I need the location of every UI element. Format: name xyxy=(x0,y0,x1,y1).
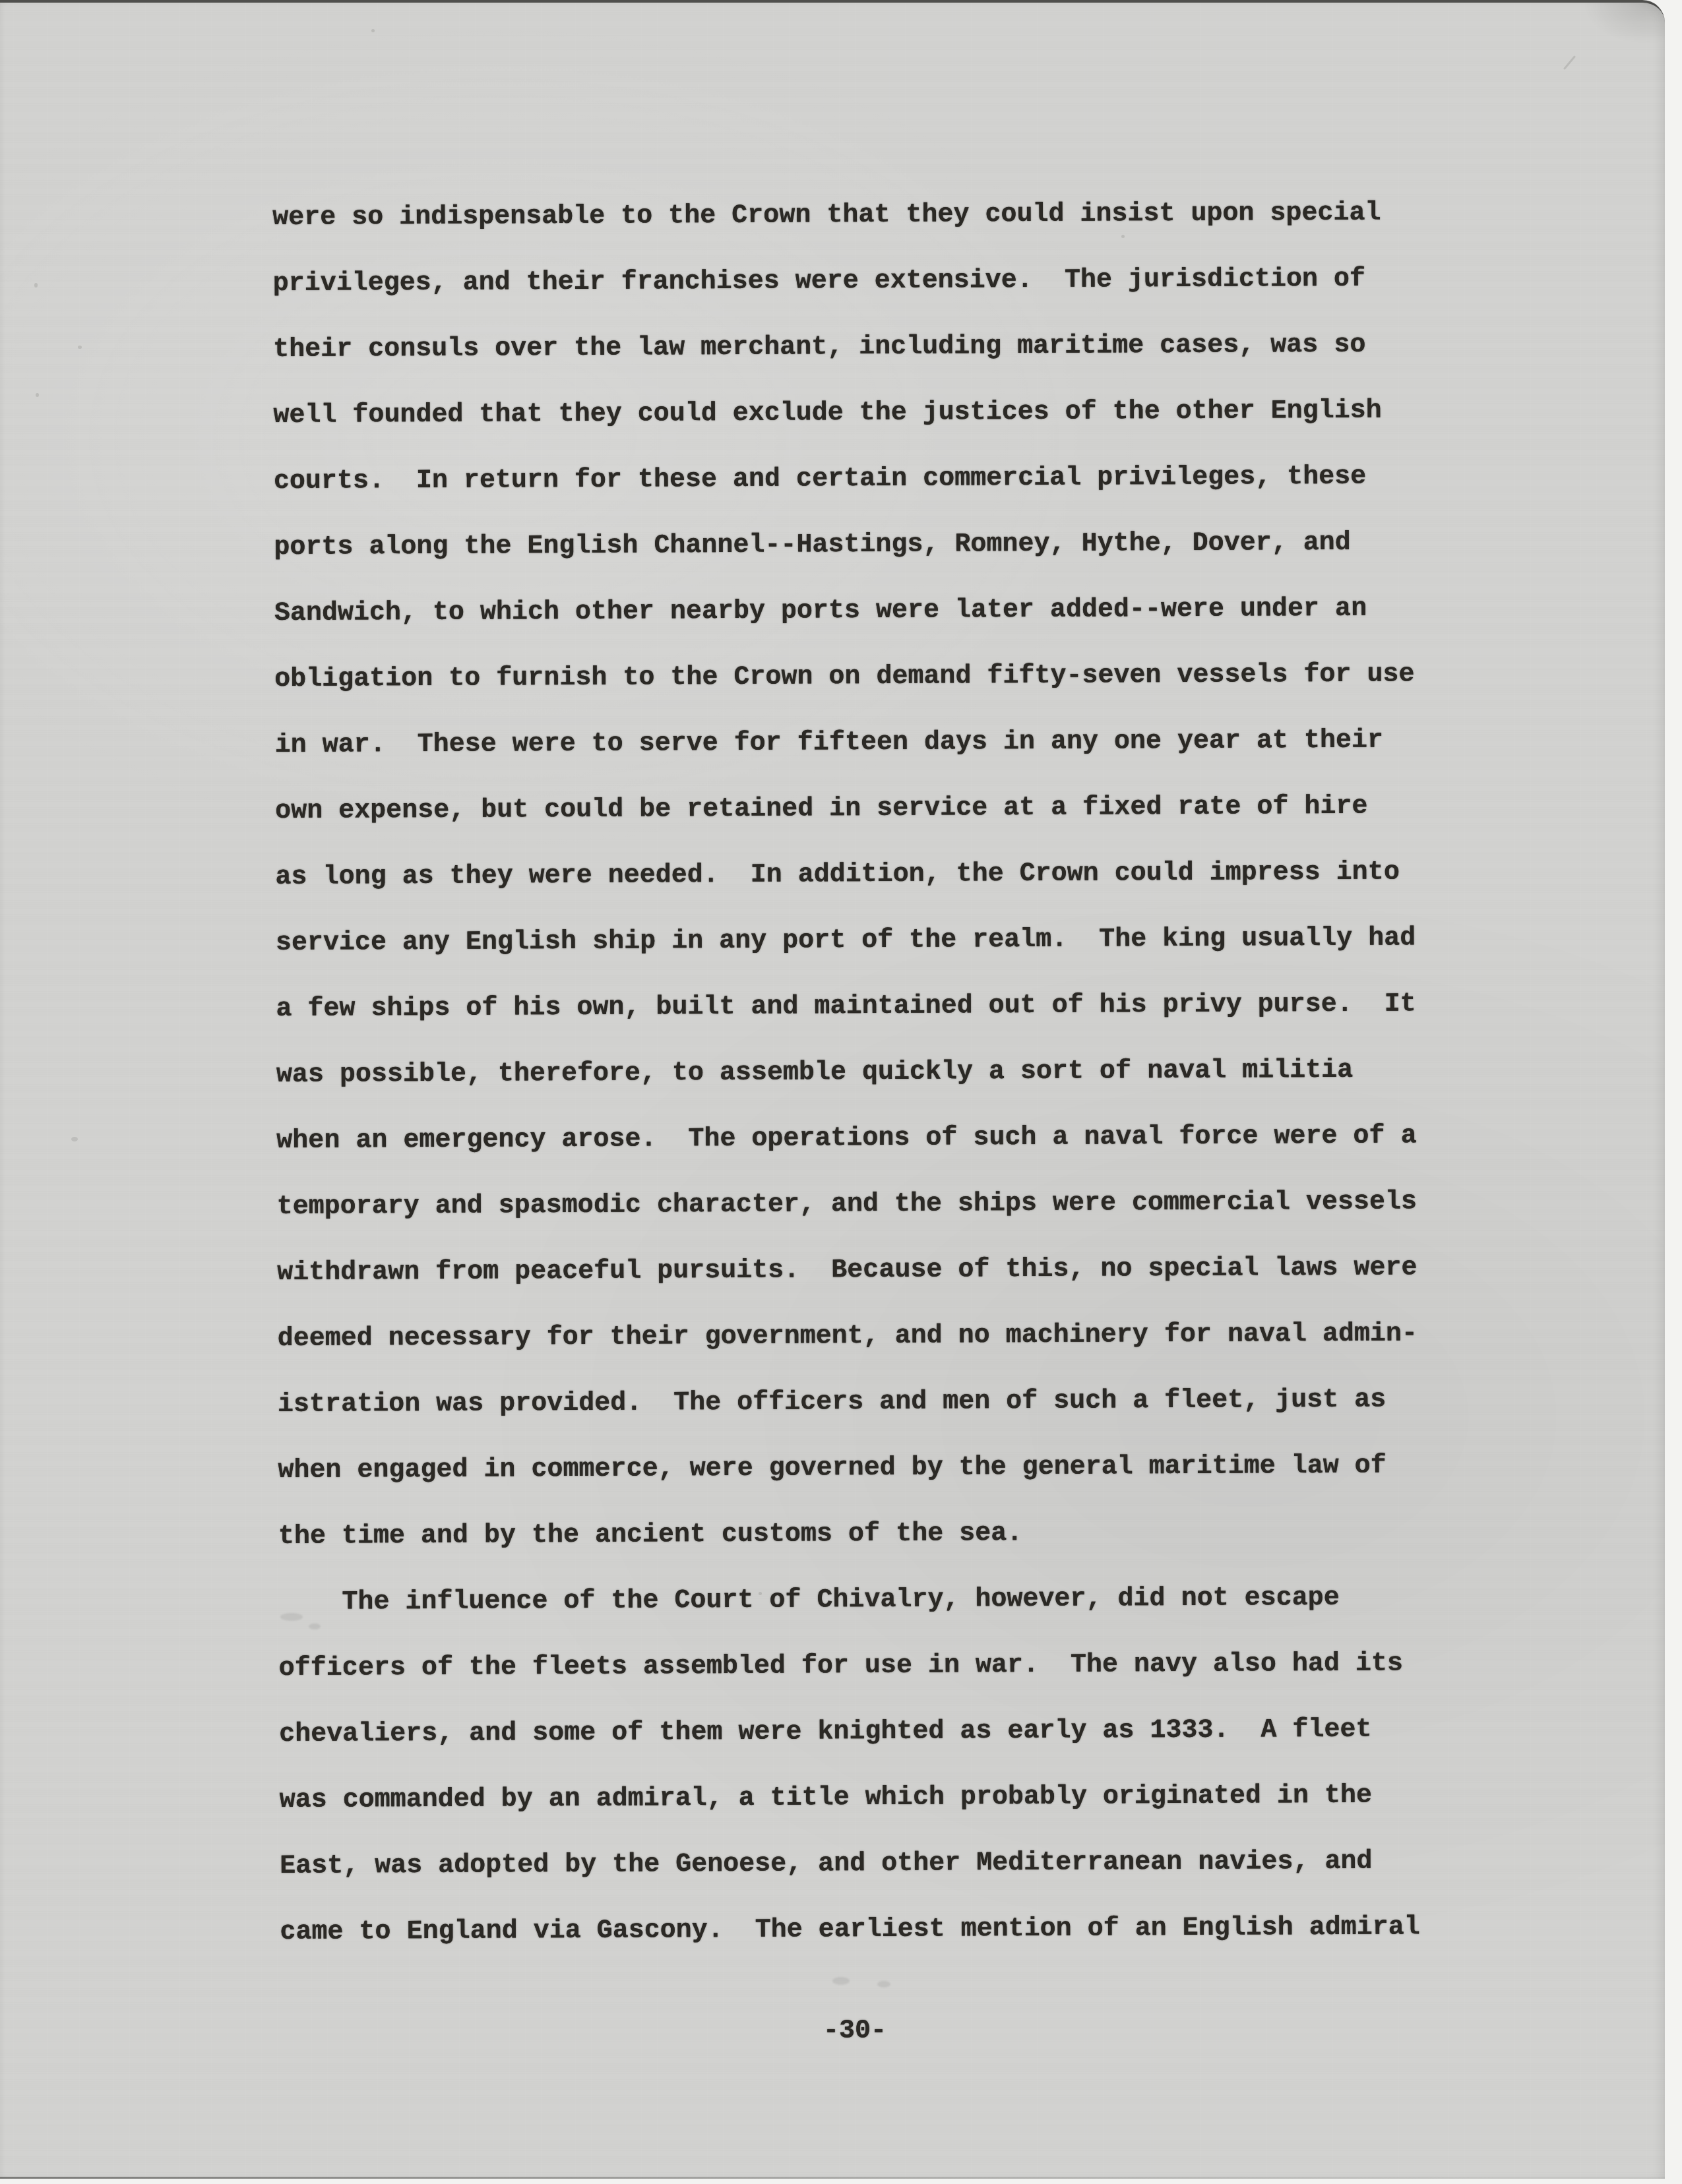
text-line: own expense, but could be retained in se… xyxy=(275,773,1456,845)
pencil-smudge xyxy=(280,1613,303,1621)
text-line: privileges, and their franchises were ex… xyxy=(272,246,1453,317)
text-line: service any English ship in any port of … xyxy=(276,905,1456,977)
dust-speck xyxy=(371,29,375,32)
scratch-mark xyxy=(1563,55,1576,70)
text-line: withdrawn from peaceful pursuits. Becaus… xyxy=(277,1235,1458,1306)
dust-speck xyxy=(34,283,38,288)
pencil-smudge xyxy=(309,1623,321,1629)
dust-speck xyxy=(71,1137,78,1141)
text-line: deemed necessary for their government, a… xyxy=(277,1301,1458,1372)
text-line: was possible, therefore, to assemble qui… xyxy=(276,1037,1457,1108)
text-line: when engaged in commerce, were governed … xyxy=(278,1433,1458,1504)
text-line: were so indispensable to the Crown that … xyxy=(272,180,1453,251)
dust-speck xyxy=(78,346,82,349)
text-line: was commanded by an admiral, a title whi… xyxy=(279,1763,1460,1834)
text-line: as long as they were needed. In addition… xyxy=(275,839,1456,911)
text-line: a few ships of his own, built and mainta… xyxy=(276,971,1456,1043)
text-line: well founded that they could exclude the… xyxy=(273,378,1454,449)
text-line: East, was adopted by the Genoese, and ot… xyxy=(280,1829,1460,1900)
dust-speck xyxy=(36,393,39,397)
text-line: their consuls over the law merchant, inc… xyxy=(273,312,1454,383)
text-line: temporary and spasmodic character, and t… xyxy=(277,1169,1458,1240)
text-line: chevaliers, and some of them were knight… xyxy=(279,1697,1460,1768)
text-line: istration was provided. The officers and… xyxy=(278,1367,1458,1438)
pencil-smudge xyxy=(877,1981,890,1987)
text-line: in war. These were to serve for fifteen … xyxy=(274,708,1455,779)
text-line: came to England via Gascony. The earlies… xyxy=(280,1895,1460,1966)
scanned-page: were so indispensable to the Crown that … xyxy=(0,0,1665,2179)
dust-speck xyxy=(759,1592,762,1595)
pencil-smudge xyxy=(832,1977,850,1985)
dust-speck xyxy=(1121,235,1125,238)
text-line paragraph-start: The influence of the Court of Chivalry, … xyxy=(278,1565,1459,1636)
text-line: the time and by the ancient customs of t… xyxy=(278,1499,1459,1570)
text-line: when an emergency arose. The operations … xyxy=(276,1103,1457,1174)
text-line: ports along the English Channel--Hasting… xyxy=(274,510,1454,581)
page-number: -30- xyxy=(272,1999,1437,2065)
text-line: courts. In return for these and certain … xyxy=(274,444,1454,515)
text-line: Sandwich, to which other nearby ports we… xyxy=(274,576,1455,647)
text-line: obligation to furnish to the Crown on de… xyxy=(274,642,1455,713)
page-footer: -30- xyxy=(272,1999,1437,2065)
text-line: officers of the fleets assembled for use… xyxy=(279,1631,1460,1702)
typewritten-text-block: were so indispensable to the Crown that … xyxy=(272,180,1461,1966)
